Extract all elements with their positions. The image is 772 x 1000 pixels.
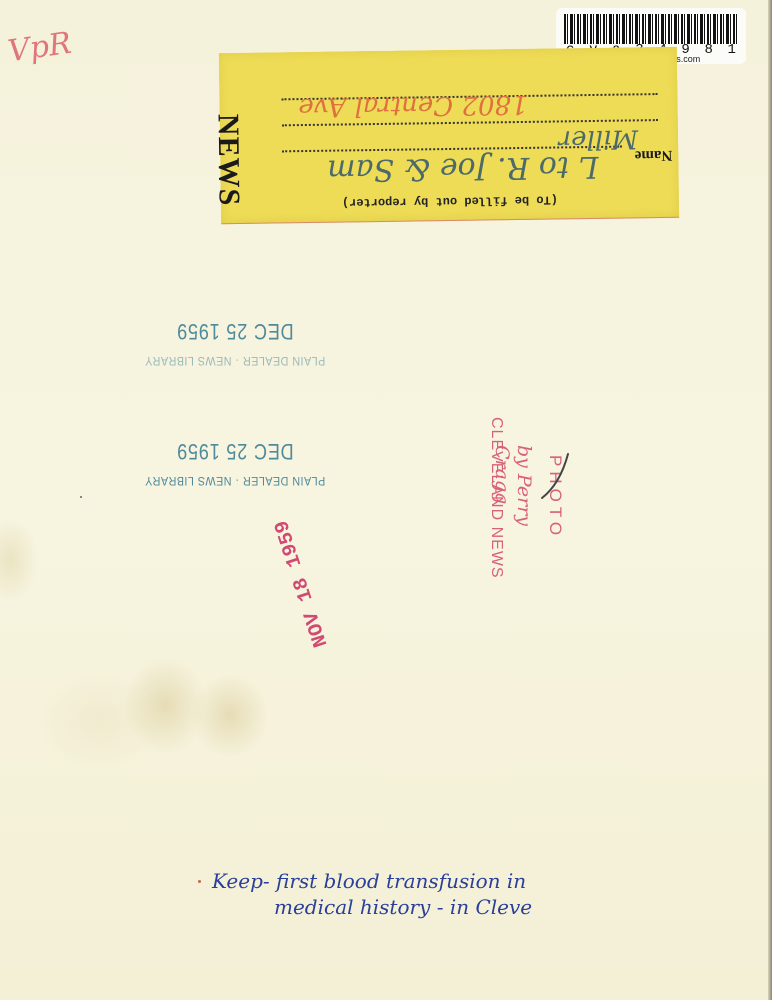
handwritten-note: Keep- first blood transfusion in medical… bbox=[212, 868, 672, 920]
handwritten-name: L to R. Joe & Sam bbox=[327, 149, 599, 188]
paper-edge bbox=[768, 0, 772, 1000]
photo-credit-paper: CLEVELAND NEWS bbox=[487, 417, 505, 579]
ink-dot bbox=[198, 880, 201, 883]
library-date: DEC 25 1959 bbox=[149, 318, 321, 344]
library-date: DEC 25 1959 bbox=[149, 438, 321, 464]
name-field-label: Name bbox=[635, 146, 673, 164]
pencil-stroke-icon bbox=[540, 452, 574, 500]
library-stamp: PLAIN DEALER · NEWS LIBRARY DEC 25 1959 bbox=[130, 438, 340, 488]
library-name: PLAIN DEALER · NEWS LIBRARY bbox=[141, 354, 330, 368]
handwritten-address: 1802 Central Ave bbox=[298, 89, 528, 122]
library-name: PLAIN DEALER · NEWS LIBRARY bbox=[141, 474, 330, 488]
photo-credit-stamp: PHOTO by Perry Cragg CLEVELAND NEWS bbox=[345, 425, 545, 575]
label-note: (To be filled out by reporter) bbox=[221, 191, 679, 211]
ink-dot bbox=[80, 496, 82, 498]
label-header: NEWS bbox=[211, 114, 246, 207]
note-line-2: medical history - in Cleve bbox=[212, 894, 672, 920]
note-line-1: Keep- first blood transfusion in bbox=[212, 868, 672, 894]
library-stamp-faded: PLAIN DEALER · NEWS LIBRARY DEC 25 1959 bbox=[130, 318, 340, 368]
handwritten-surname: Miller bbox=[558, 123, 638, 154]
reporter-label: NEWS (To be filled out by reporter) Name… bbox=[219, 47, 679, 224]
barcode-icon bbox=[564, 14, 738, 44]
